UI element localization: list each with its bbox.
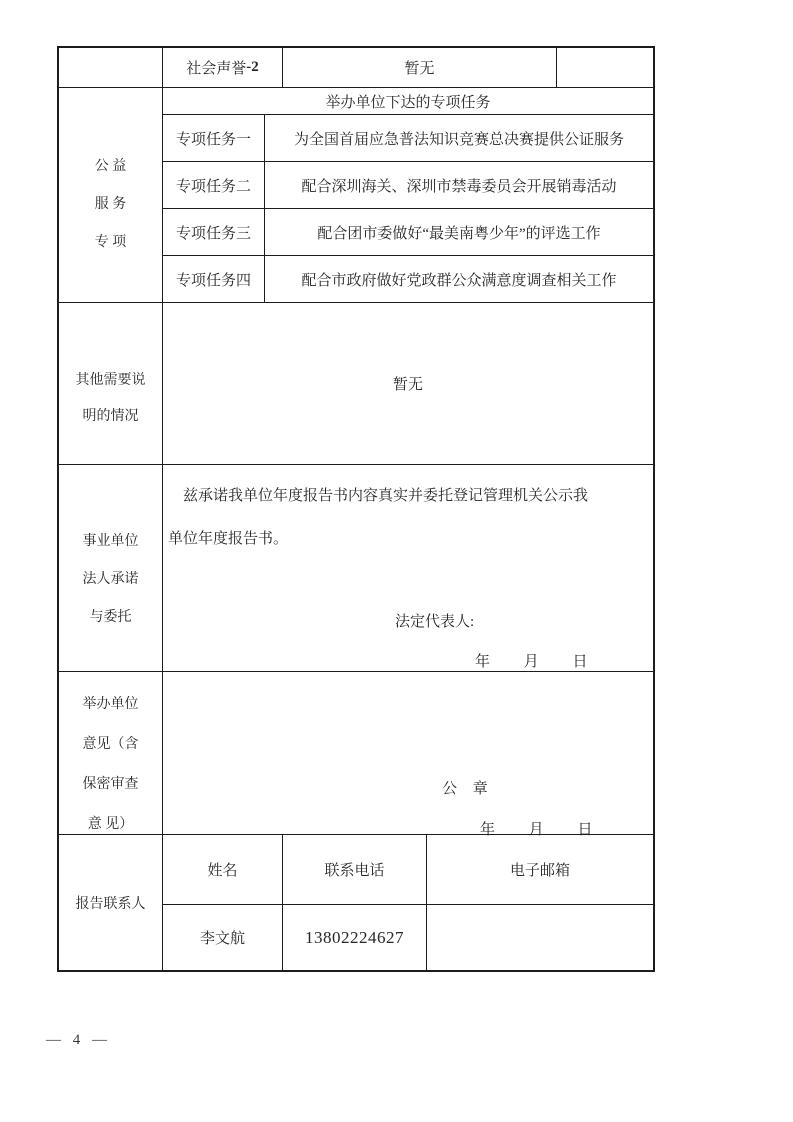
section-public-service-rowheader: 公 益 服 务 专 项 [59, 88, 163, 303]
social-reputation-value: 暂无 [404, 57, 434, 78]
social-reputation-label: 社会声誉 [186, 57, 246, 78]
document-page: 社会声誉-2 暂无 公 益 服 务 专 项 举办单位下达的专项任务 专项任务一 … [0, 0, 793, 1122]
section-other-notes-rowheader: 其他需要说 明的情况 [59, 303, 163, 465]
cell-contact-phone-header: 联系电话 [283, 835, 427, 905]
cell-social-reputation-label: 社会声誉-2 [163, 48, 283, 88]
cell-contact-email-value [427, 905, 653, 970]
page-number: — 4 — [46, 1032, 107, 1049]
official-seal-label: 公 章 [442, 777, 488, 798]
cell-special-tasks-header: 举办单位下达的专项任务 [163, 88, 653, 115]
cell-sponsor-opinion-content: 公 章 年 月 日 [163, 672, 653, 835]
social-reputation-label-suffix: -2 [246, 59, 259, 76]
cell-task-3-content: 配合团市委做好“最美南粤少年”的评选工作 [265, 209, 653, 256]
cell-empty-top-left [59, 48, 163, 88]
cell-social-reputation-value: 暂无 [283, 48, 557, 88]
commitment-statement: 兹承诺我单位年度报告书内容真实并委托登记管理机关公示我 单位年度报告书。 [168, 475, 633, 561]
cell-task-4-content: 配合市政府做好党政群公众满意度调查相关工作 [265, 256, 653, 303]
cell-task-3-label: 专项任务三 [163, 209, 265, 256]
cell-task-4-label: 专项任务四 [163, 256, 265, 303]
cell-commitment-content: 兹承诺我单位年度报告书内容真实并委托登记管理机关公示我 单位年度报告书。 法定代… [163, 465, 653, 672]
cell-task-2-label: 专项任务二 [163, 162, 265, 209]
cell-empty-top-right [557, 48, 653, 88]
cell-contact-name-header: 姓名 [163, 835, 283, 905]
cell-contact-phone-value: 13802224627 [283, 905, 427, 970]
cell-task-2-content: 配合深圳海关、深圳市禁毒委员会开展销毒活动 [265, 162, 653, 209]
section-sponsor-opinion-rowheader: 举办单位 意见（含 保密审查 意 见） [59, 672, 163, 835]
cell-task-1-label: 专项任务一 [163, 115, 265, 162]
legal-representative-label: 法定代表人: [395, 610, 474, 631]
cell-contact-name-value: 李文航 [163, 905, 283, 970]
cell-other-notes-content: 暂无 [163, 303, 653, 465]
cell-task-1-content: 为全国首届应急普法知识竞赛总决赛提供公证服务 [265, 115, 653, 162]
section-contact-rowheader: 报告联系人 [59, 835, 163, 970]
report-form-table: 社会声誉-2 暂无 公 益 服 务 专 项 举办单位下达的专项任务 专项任务一 … [57, 46, 655, 972]
cell-contact-email-header: 电子邮箱 [427, 835, 653, 905]
commitment-date-line: 年 月 日 [475, 650, 588, 671]
section-commitment-rowheader: 事业单位 法人承诺 与委托 [59, 465, 163, 672]
